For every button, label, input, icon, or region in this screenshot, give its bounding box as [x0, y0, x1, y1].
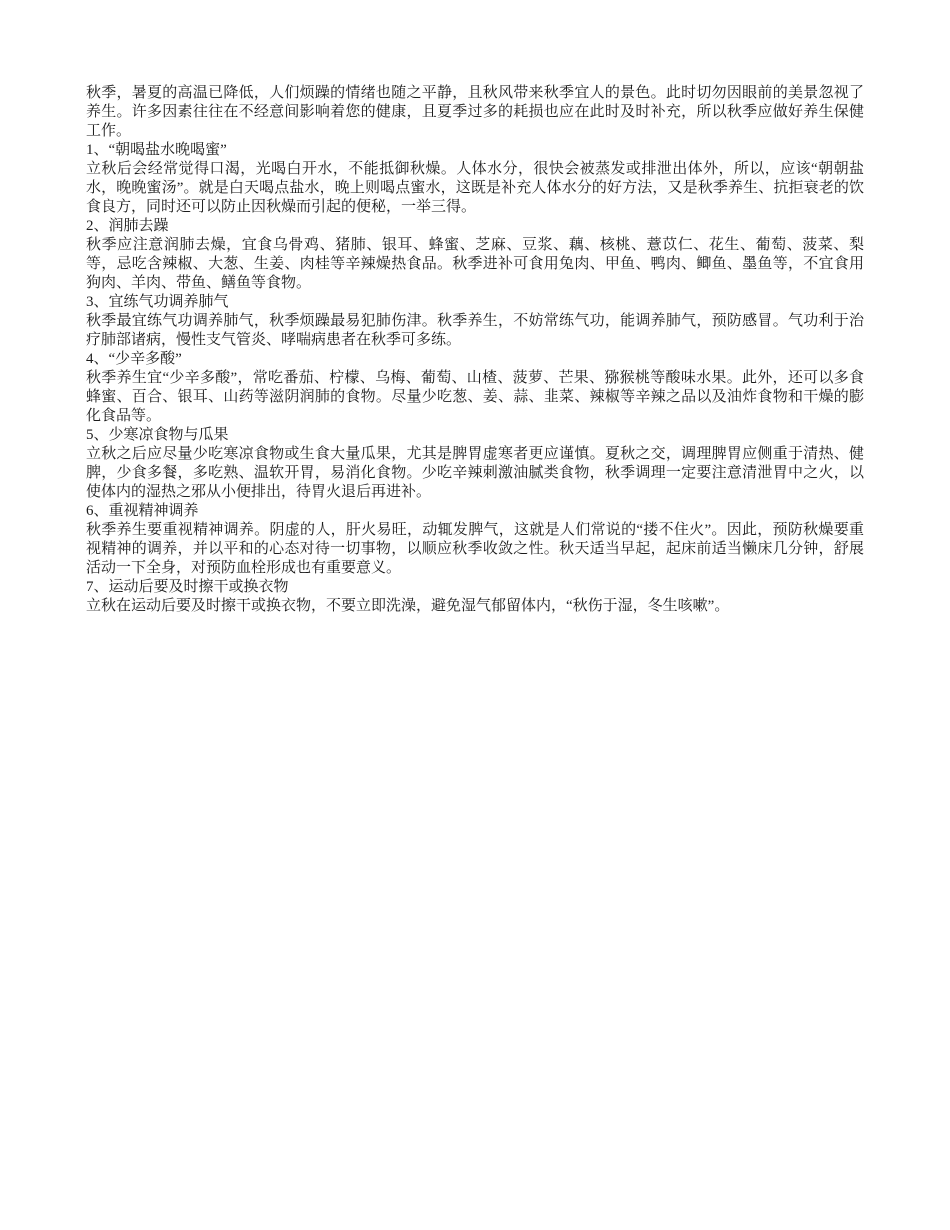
- section-paragraph: 秋季养生要重视精神调养。阴虚的人，肝火易旺，动辄发脾气，这就是人们常说的“搂不住…: [86, 521, 864, 578]
- section-less-spicy-more-sour: 4、“少辛多酸” 秋季养生宜“少辛多酸”，常吃番茄、柠檬、乌梅、葡萄、山楂、菠萝…: [86, 350, 864, 426]
- section-paragraph: 秋季养生宜“少辛多酸”，常吃番茄、柠檬、乌梅、葡萄、山楂、菠萝、芒果、猕猴桃等酸…: [86, 369, 864, 426]
- section-paragraph: 立秋后会经常觉得口渴，光喝白开水，不能抵御秋燥。人体水分，很快会被蒸发或排泄出体…: [86, 160, 864, 217]
- section-heading: 5、少寒凉食物与瓜果: [86, 426, 864, 445]
- section-less-cold-food: 5、少寒凉食物与瓜果 立秋之后应尽量少吃寒凉食物或生食大量瓜果，尤其是脾胃虚寒者…: [86, 426, 864, 502]
- section-mental-care: 6、重视精神调养 秋季养生要重视精神调养。阴虚的人，肝火易旺，动辄发脾气，这就是…: [86, 502, 864, 578]
- section-dry-off-after-exercise: 7、运动后要及时擦干或换衣物 立秋在运动后要及时擦干或换衣物，不要立即洗澡，避免…: [86, 578, 864, 616]
- section-heading: 4、“少辛多酸”: [86, 350, 864, 369]
- section-heading: 2、润肺去躁: [86, 217, 864, 236]
- section-heading: 3、宜练气功调养肺气: [86, 293, 864, 312]
- section-heading: 6、重视精神调养: [86, 502, 864, 521]
- section-paragraph: 秋季应注意润肺去燥，宜食乌骨鸡、猪肺、银耳、蜂蜜、芝麻、豆浆、藕、核桃、薏苡仁、…: [86, 236, 864, 293]
- section-qigong: 3、宜练气功调养肺气 秋季最宜练气功调养肺气，秋季烦躁最易犯肺伤津。秋季养生，不…: [86, 293, 864, 350]
- section-paragraph: 立秋在运动后要及时擦干或换衣物，不要立即洗澡，避免湿气郁留体内，“秋伤于湿，冬生…: [86, 597, 864, 616]
- section-paragraph: 秋季最宜练气功调养肺气，秋季烦躁最易犯肺伤津。秋季养生，不妨常练气功，能调养肺气…: [86, 312, 864, 350]
- page: { "page": { "background_color": "#ffffff…: [0, 0, 950, 1230]
- section-paragraph: 立秋之后应尽量少吃寒凉食物或生食大量瓜果，尤其是脾胃虚寒者更应谨慎。夏秋之交，调…: [86, 445, 864, 502]
- section-heading: 1、“朝喝盐水晚喝蜜”: [86, 141, 864, 160]
- intro-paragraph: 秋季，暑夏的高温已降低，人们烦躁的情绪也随之平静，且秋风带来秋季宜人的景色。此时…: [86, 84, 864, 141]
- article-body: 秋季，暑夏的高温已降低，人们烦躁的情绪也随之平静，且秋风带来秋季宜人的景色。此时…: [86, 84, 864, 616]
- section-moisten-lungs: 2、润肺去躁 秋季应注意润肺去燥，宜食乌骨鸡、猪肺、银耳、蜂蜜、芝麻、豆浆、藕、…: [86, 217, 864, 293]
- section-heading: 7、运动后要及时擦干或换衣物: [86, 578, 864, 597]
- section-salt-water-honey: 1、“朝喝盐水晚喝蜜” 立秋后会经常觉得口渴，光喝白开水，不能抵御秋燥。人体水分…: [86, 141, 864, 217]
